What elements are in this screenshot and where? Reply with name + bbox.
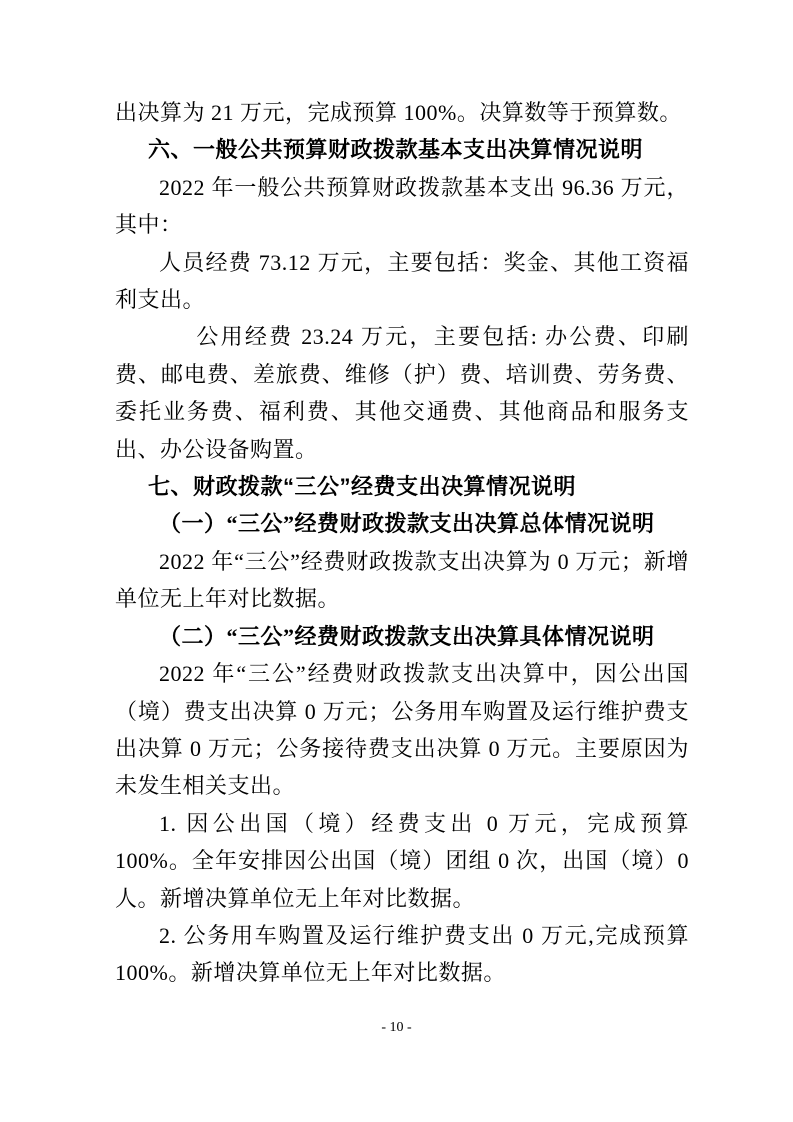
paragraph-item-1-abroad: 1. 因公出国（境）经费支出 0 万元，完成预算 100%。全年安排因公出国（境…: [115, 805, 689, 917]
paragraph-basic-expense: 2022 年一般公共预算财政拨款基本支出 96.36 万元，其中：: [115, 169, 689, 244]
paragraph-sangong-detail: 2022 年“三公”经费财政拨款支出决算中，因公出国（境）费支出决算 0 万元；…: [115, 655, 689, 805]
paragraph-public-funds: 公用经费 23.24 万元，主要包括: 办公费、印刷费、邮电费、差旅费、维修（护…: [115, 318, 689, 468]
section-heading-six: 六、一般公共预算财政拨款基本支出决算情况说明: [115, 131, 689, 168]
subsection-heading-two: （二）“三公”经费财政拨款支出决算具体情况说明: [115, 618, 689, 655]
document-page: 出决算为 21 万元，完成预算 100%。决算数等于预算数。 六、一般公共预算财…: [0, 0, 793, 1122]
section-heading-seven: 七、财政拨款“三公”经费支出决算情况说明: [115, 468, 689, 505]
paragraph-sangong-overall: 2022 年“三公”经费财政拨款支出决算为 0 万元；新增单位无上年对比数据。: [115, 543, 689, 618]
paragraph-continuation: 出决算为 21 万元，完成预算 100%。决算数等于预算数。: [115, 94, 689, 131]
paragraph-personnel-funds: 人员经费 73.12 万元，主要包括：奖金、其他工资福利支出。: [115, 244, 689, 319]
document-body: 出决算为 21 万元，完成预算 100%。决算数等于预算数。 六、一般公共预算财…: [115, 94, 689, 992]
page-number: - 10 -: [0, 1020, 793, 1036]
paragraph-item-2-vehicle: 2. 公务用车购置及运行维护费支出 0 万元,完成预算 100%。新增决算单位无…: [115, 917, 689, 992]
subsection-heading-one: （一）“三公”经费财政拨款支出决算总体情况说明: [115, 505, 689, 542]
